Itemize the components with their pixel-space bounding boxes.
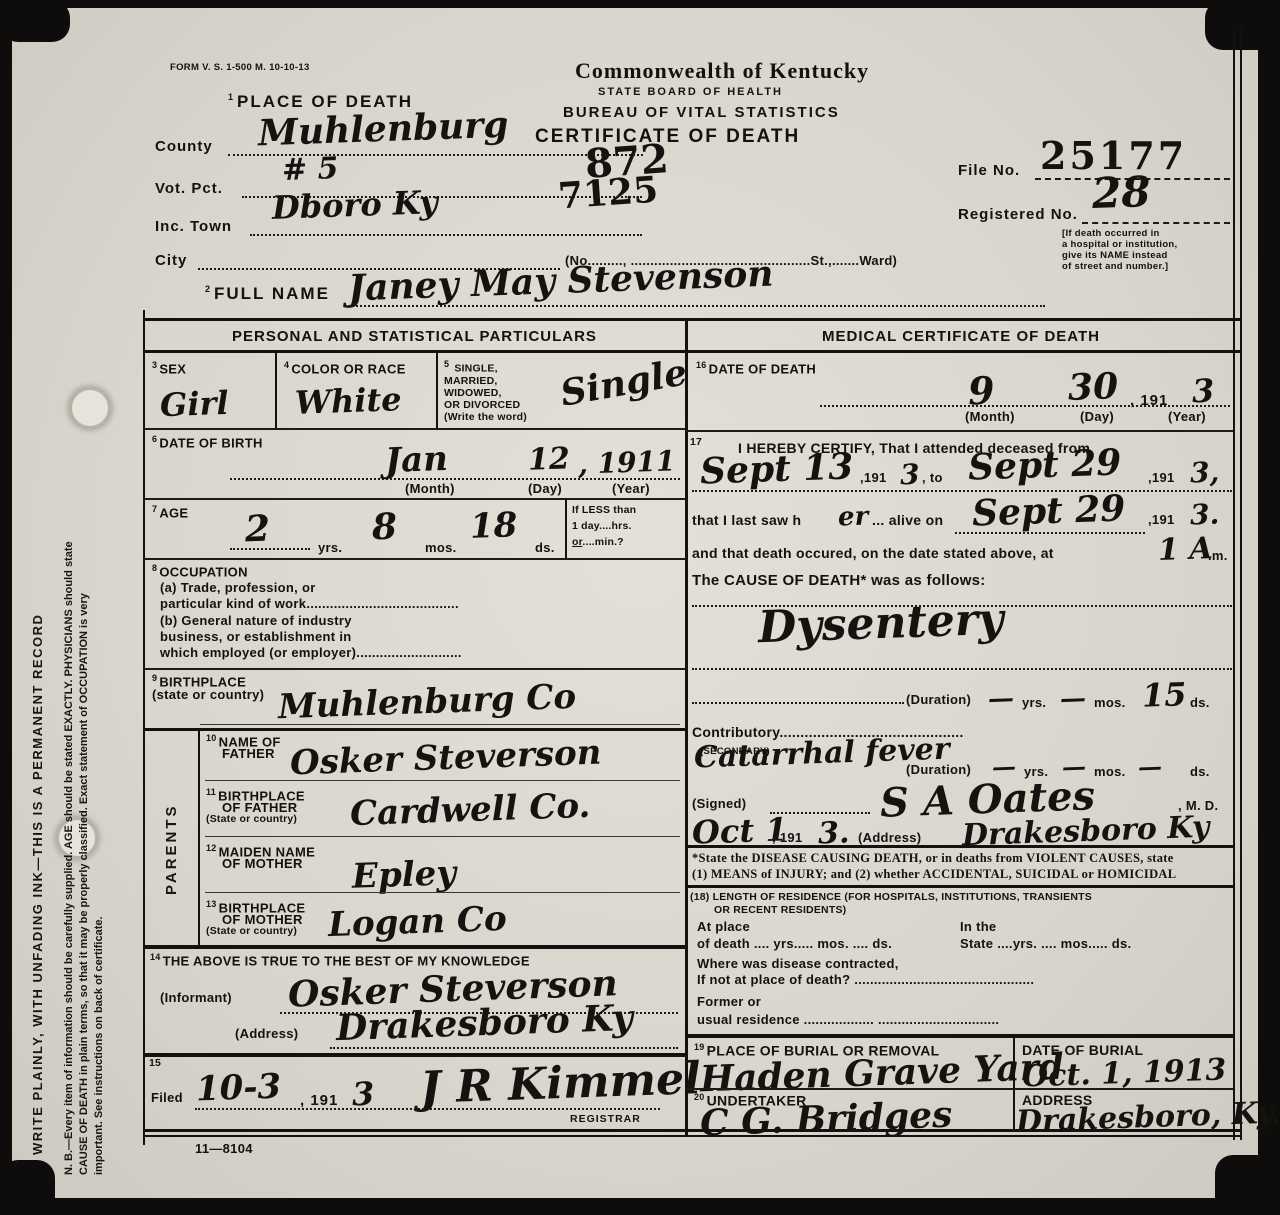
row-rule (143, 558, 686, 560)
age-days: 18 (469, 505, 518, 547)
sex-value: Girl (159, 384, 229, 424)
vot-pct-value: # 5 (281, 151, 339, 188)
mother-name-label2: OF MOTHER (222, 856, 303, 871)
cell-divider (436, 353, 438, 428)
less-min: ....min.? (582, 536, 623, 548)
certify-field-number: 17 (690, 436, 702, 448)
occupation-a2: particular kind of work.................… (160, 596, 459, 611)
contributory-mos-label: mos. (1094, 764, 1126, 779)
contributory-ds-label: ds. (1190, 764, 1210, 779)
field-number: 9 (152, 673, 157, 683)
contracted-line2: If not at place of death? ..............… (697, 972, 1034, 987)
certificate-title: CERTIFICATE OF DEATH (535, 126, 800, 148)
burial-row-rule (686, 1088, 1233, 1090)
less-or: or (572, 536, 582, 548)
field-number: 12 (206, 843, 217, 853)
former-line1: Former or (697, 994, 761, 1009)
age-months: 8 (371, 506, 398, 549)
duration-ds-label: ds. (1190, 695, 1210, 710)
margin-note-line: CAUSE OF DEATH in plain terms, so that i… (77, 165, 92, 1175)
certify-rule (692, 490, 1232, 492)
county-value: Muhlenburg (257, 104, 509, 155)
field-number: 8 (152, 563, 157, 573)
occupation-b1: (b) General nature of industry (160, 613, 352, 628)
cause-rule (692, 668, 1232, 670)
contracted-line1: Where was disease contracted, (697, 956, 899, 971)
attended-to-year-digit: 3, (1189, 455, 1219, 489)
county-label: County (155, 138, 213, 155)
state-board-subtitle: STATE BOARD OF HEALTH (598, 86, 783, 98)
attended-to-label: , to (922, 470, 943, 485)
marital-label-line: SINGLE, (454, 363, 497, 375)
mother-bp-value: Logan Co (327, 899, 507, 945)
row-rule (143, 498, 686, 500)
informant-address-label: (Address) (235, 1026, 298, 1041)
dod-sub-day: (Day) (1080, 409, 1114, 424)
field-number: 4 (284, 360, 289, 370)
race-label: COLOR OR RACE (291, 361, 405, 376)
medical-section-title: MEDICAL CERTIFICATE OF DEATH (686, 328, 1236, 345)
mother-name-value: Epley (351, 853, 456, 897)
dob-year: , 1911 (577, 444, 676, 480)
sex-label: SEX (159, 361, 186, 376)
parents-row-rule (205, 780, 680, 781)
filed-date: 10-3 (195, 1067, 281, 1110)
birthplace-sublabel: (state or country) (152, 687, 264, 702)
death-hour: 1 A (1157, 531, 1213, 568)
row-rule-heavy (143, 945, 686, 949)
occupation-label: OCCUPATION (159, 564, 247, 579)
inc-town-label: Inc. Town (155, 218, 232, 235)
scan-corner-blob (0, 1160, 55, 1215)
field-number: 3 (152, 360, 157, 370)
inc-town-value: Dboro Ky (271, 183, 438, 227)
signed-year-printed: , 191 (772, 830, 802, 845)
field-number: 6 (152, 434, 157, 444)
field-number: 11 (206, 787, 216, 797)
occupation-b3: which employed (or employer)............… (160, 645, 462, 660)
at-place-blanks: of death .... yrs..... mos. .... ds. (697, 936, 892, 951)
dod-label: DATE OF DEATH (709, 361, 816, 376)
bureau-subtitle: BUREAU OF VITAL STATISTICS (563, 104, 840, 121)
age-rule (230, 548, 310, 550)
residence-heading1: LENGTH OF RESIDENCE (FOR HOSPITALS, INST… (713, 891, 1092, 903)
dob-day: 12 (527, 441, 570, 477)
hospital-note-line: of street and number.] (1062, 261, 1177, 272)
full-name-label: FULL NAME (214, 284, 330, 303)
occupation-a1: (a) Trade, profession, or (160, 580, 316, 595)
informant-label: (Informant) (160, 990, 232, 1005)
death-occured-line: and that death occured, on the date stat… (692, 545, 1054, 561)
attended-from-year-digit: 3 (899, 458, 920, 492)
commonwealth-title: Commonwealth of Kentucky (575, 58, 869, 84)
former-line2: usual residence .................. .....… (697, 1012, 999, 1027)
father-bp-sublabel: (State or country) (206, 813, 297, 825)
dob-sub-month: (Month) (405, 481, 455, 496)
file-no-label: File No. (958, 162, 1020, 179)
undertaker-value: C G. Bridges (699, 1094, 953, 1145)
certificate-right-border-inner (1240, 28, 1242, 1140)
scan-corner-blob (0, 0, 70, 42)
last-saw-year-digit: 3. (1189, 497, 1219, 531)
last-saw-year-printed: ,191 (1148, 512, 1175, 527)
footnote-line1: *State the DISEASE CAUSING DEATH, or in … (692, 851, 1174, 866)
marital-label-line: OR DIVORCED (444, 399, 527, 411)
duration-rule (692, 702, 904, 704)
marital-hint: (Write the word) (444, 411, 527, 423)
hospital-note-line: a hospital or institution, (1062, 239, 1177, 250)
field-number: 7 (152, 504, 157, 514)
footnote-bottom-rule (686, 885, 1233, 888)
residence-heading2: OR RECENT RESIDENTS) (714, 904, 846, 916)
age-mos-label: mos. (425, 540, 457, 555)
contributory-duration-label: (Duration) (906, 762, 971, 777)
father-bp-value: Cardwell Co. (349, 786, 591, 834)
duration-yrs-label: yrs. (1022, 695, 1046, 710)
at-place-label: At place (697, 919, 750, 934)
inc-town-rule (250, 234, 642, 236)
dod-day: 30 (1067, 365, 1119, 409)
dod-rule (820, 405, 1230, 407)
vot-pct-label: Vot. Pct. (155, 180, 223, 197)
personal-section-title: PERSONAL AND STATISTICAL PARTICULARS (143, 328, 686, 345)
less-than-line3: or....min.? (572, 536, 624, 548)
mother-bp-sublabel: (State or country) (206, 925, 297, 937)
filed-rule (195, 1108, 660, 1110)
filed-label: Filed (151, 1090, 183, 1105)
field-number: 13 (206, 899, 217, 909)
contributory-ds-dash: — (1138, 752, 1163, 782)
stamp-number-2: 7125 (557, 169, 660, 218)
dob-label: DATE OF BIRTH (159, 435, 262, 450)
footnote-line2: (1) MEANS of INJURY; and (2) whether ACC… (692, 867, 1176, 882)
cell-divider (275, 353, 277, 428)
duration-mos-dash: — (1059, 684, 1086, 715)
age-yrs-label: yrs. (318, 540, 342, 555)
less-than-line1: If LESS than (572, 504, 636, 516)
column-divider (685, 318, 688, 1135)
margin-note-line: important. See instructions on back of c… (92, 165, 107, 1175)
filed-field-number: 15 (149, 1057, 161, 1069)
row-rule (686, 430, 1233, 432)
form-number: FORM V. S. 1-500 M. 10-10-13 (170, 62, 310, 73)
signed-address-label: (Address) (858, 830, 921, 845)
marital-label-line: WIDOWED, (444, 387, 527, 399)
duration-days-value: 15 (1141, 675, 1187, 715)
race-value: White (294, 380, 402, 422)
field-number: 2 (205, 284, 212, 294)
dod-sub-month: (Month) (965, 409, 1015, 424)
occupation-b2: business, or establishment in (160, 629, 351, 644)
scanned-death-certificate: WRITE PLAINLY, WITH UNFADING INK—THIS IS… (0, 0, 1280, 1215)
death-hour-m: .m. (1208, 548, 1228, 563)
duration-mos-label: mos. (1094, 695, 1126, 710)
hospital-note: [If death occurred in a hospital or inst… (1062, 228, 1177, 272)
marital-label: 5 SINGLE, MARRIED, WIDOWED, OR DIVORCED … (444, 358, 527, 423)
field-number: 1 (228, 92, 235, 102)
dob-sub-day: (Day) (528, 481, 562, 496)
cause-value: Dysentery (757, 594, 1004, 654)
cell-divider (565, 499, 567, 559)
registrar-signature: J R Kimmel (419, 1053, 701, 1114)
plate-number: 11—8104 (195, 1141, 253, 1156)
city-label: City (155, 252, 187, 269)
row-rule (143, 668, 686, 670)
burial-top-rule (686, 1034, 1233, 1038)
hospital-note-line: [If death occurred in (1062, 228, 1177, 239)
margin-note-line: N. B.—Every item of information should b… (62, 165, 77, 1175)
registered-no-label: Registered No. (958, 206, 1078, 223)
margin-warning: WRITE PLAINLY, WITH UNFADING INK—THIS IS… (30, 614, 45, 1155)
registered-no-rule (1082, 222, 1230, 224)
less-than-line2: 1 day....hrs. (572, 520, 632, 532)
field-number: 10 (206, 733, 217, 743)
dob-sub-year: (Year) (612, 481, 650, 496)
duration-label: (Duration) (906, 692, 971, 707)
band-bottom-rule (143, 350, 1240, 353)
in-the-label: In the (960, 919, 996, 934)
row-rule (143, 428, 686, 430)
informant-heading: THE ABOVE IS TRUE TO THE BEST OF MY KNOW… (163, 953, 530, 968)
parents-row-rule (205, 892, 680, 893)
scan-edge-right (1258, 0, 1280, 1215)
field-number: 16 (696, 360, 707, 370)
attended-from-date: Sept 13 (699, 445, 854, 492)
cause-intro: The CAUSE OF DEATH* was as follows: (692, 572, 986, 589)
attended-from-year-printed: ,191 (860, 470, 887, 485)
last-saw-prefix: that I last saw h (692, 512, 801, 528)
scan-edge-top (0, 0, 1280, 8)
field-number: 19 (694, 1042, 705, 1052)
parents-cell-divider (198, 729, 200, 945)
registrar-label: REGISTRAR (570, 1113, 641, 1125)
age-years: 2 (244, 508, 271, 551)
alive-on-label: ... alive on (872, 512, 943, 528)
scan-corner-blob (1205, 0, 1280, 50)
filed-year-printed: , 191 (300, 1092, 338, 1109)
last-saw-rule (955, 532, 1145, 534)
birthplace-rule (200, 724, 680, 725)
age-label: AGE (159, 505, 188, 520)
father-name-label2: FATHER (222, 746, 275, 761)
signed-label: (Signed) (692, 796, 746, 811)
certificate-right-border-outer (1233, 28, 1235, 1140)
residence-field-number: (18) (690, 891, 709, 903)
parents-vertical-label: PARENTS (163, 803, 180, 895)
footnote-top-rule (686, 845, 1233, 848)
hospital-note-line: give its NAME instead (1062, 250, 1177, 261)
age-ds-label: ds. (535, 540, 555, 555)
field-number: 5 (444, 359, 449, 369)
last-saw-date: Sept 29 (971, 487, 1126, 534)
margin-note: N. B.—Every item of information should b… (62, 165, 107, 1175)
scan-corner-blob (1215, 1155, 1280, 1215)
attended-to-year-printed: ,191 (1148, 470, 1175, 485)
in-the-blanks: State ....yrs. .... mos..... ds. (960, 936, 1131, 951)
parents-row-rule (205, 836, 680, 837)
informant-address-rule (330, 1047, 678, 1049)
registered-no-value: 28 (1091, 167, 1151, 218)
band-top-rule (143, 318, 1240, 321)
field-number: 14 (150, 952, 161, 962)
dob-month: Jan (384, 439, 448, 481)
scan-edge-bottom (0, 1198, 1280, 1215)
dod-sub-year: (Year) (1168, 409, 1206, 424)
field-number: 20 (694, 1092, 705, 1102)
duration-yrs-dash: — (987, 684, 1014, 715)
last-saw-pronoun: er (837, 501, 868, 532)
marital-label-line: MARRIED, (444, 375, 527, 387)
scan-edge-left (0, 0, 12, 1215)
attended-to-date: Sept 29 (967, 441, 1122, 488)
row-rule-heavy (143, 728, 686, 731)
